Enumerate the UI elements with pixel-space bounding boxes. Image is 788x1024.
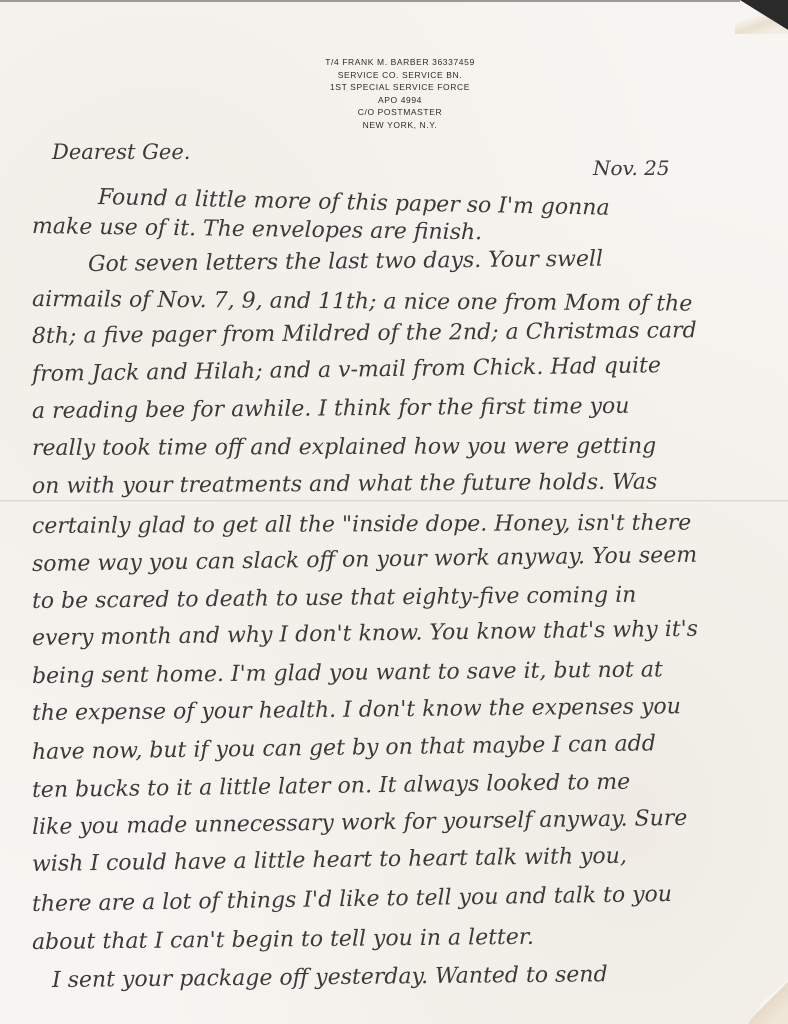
letterhead-name-serial: T/4 FRANK M. BARBER 36337459 xyxy=(290,56,510,69)
letterhead: T/4 FRANK M. BARBER 36337459 SERVICE CO.… xyxy=(290,56,510,131)
letter-line: from Jack and Hilah; and a v-mail from C… xyxy=(32,353,661,387)
letterhead-city: NEW YORK, N.Y. xyxy=(290,119,510,132)
letter-line: the expense of your health. I don't know… xyxy=(32,694,681,726)
folded-corner-bottom-right xyxy=(748,980,788,1024)
letter-line: about that I can't begin to tell you in … xyxy=(32,925,534,955)
letter-line: really took time off and explained how y… xyxy=(32,434,656,461)
letter-line: I sent your package off yesterday. Wante… xyxy=(52,962,608,993)
letterhead-postmaster: C/O POSTMASTER xyxy=(290,106,510,119)
letter-line: Got seven letters the last two days. You… xyxy=(88,247,603,277)
letter-line: have now, but if you can get by on that … xyxy=(32,731,656,765)
letterhead-force: 1ST SPECIAL SERVICE FORCE xyxy=(290,81,510,94)
paper-top-edge xyxy=(0,0,740,2)
letter-line: like you made unnecessary work for yours… xyxy=(32,806,688,840)
letter-line: airmails of Nov. 7, 9, and 11th; a nice … xyxy=(32,287,692,317)
letter-line: to be scared to death to use that eighty… xyxy=(32,583,637,614)
letter-line: ten bucks to it a little later on. It al… xyxy=(32,770,631,803)
letter-line: certainly glad to get all the "inside do… xyxy=(32,511,691,539)
letterhead-unit: SERVICE CO. SERVICE BN. xyxy=(290,69,510,82)
letter-line: being sent home. I'm glad you want to sa… xyxy=(32,657,663,689)
letter-date: Nov. 25 xyxy=(593,156,670,180)
paper-fold-crease xyxy=(0,500,788,503)
letter-line: a reading bee for awhile. I think for th… xyxy=(32,394,630,424)
letter-line: there are a lot of things I'd like to te… xyxy=(32,882,672,917)
letter-line: on with your treatments and what the fut… xyxy=(32,470,657,499)
letter-line: some way you can slack off on your work … xyxy=(32,543,697,577)
letter-line: 8th; a five pager from Mildred of the 2n… xyxy=(32,318,697,349)
letter-page: T/4 FRANK M. BARBER 36337459 SERVICE CO.… xyxy=(0,0,788,1024)
letter-greeting: Dearest Gee. xyxy=(52,140,190,164)
letterhead-apo: APO 4994 xyxy=(290,94,510,107)
letter-line: make use of it. The envelopes are finish… xyxy=(32,214,482,245)
letter-line: wish I could have a little heart to hear… xyxy=(32,844,627,877)
torn-corner-top-right xyxy=(735,0,788,34)
letter-line: every month and why I don't know. You kn… xyxy=(32,617,698,651)
